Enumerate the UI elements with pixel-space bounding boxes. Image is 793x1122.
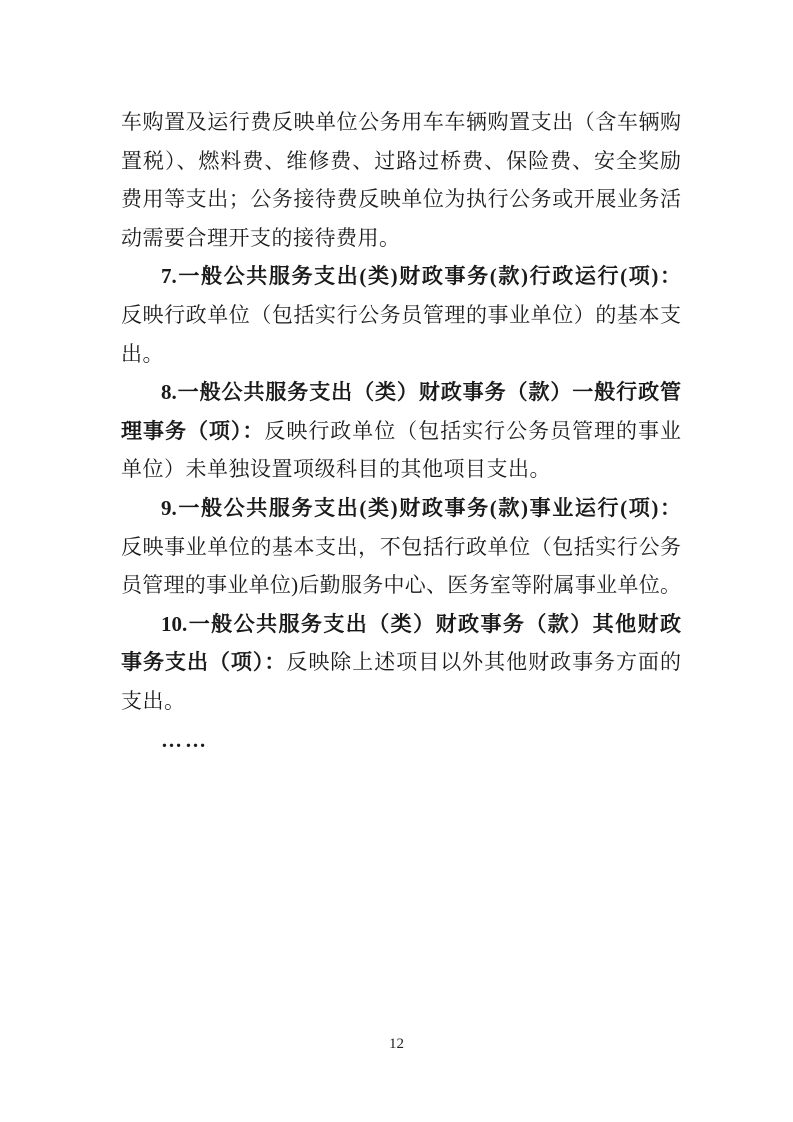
text-line: 单位）未单独设置项级科目的其他项目支出。 (121, 450, 681, 489)
text-segment: 员管理的事业单位)后勤服务中心、医务室等附属事业单位。 (121, 573, 681, 597)
text-segment: 反映事业单位的基本支出，不包括行政单位（包括实行公务 (121, 535, 681, 559)
bold-text-segment: …… (161, 728, 209, 752)
document-page: 车购置及运行费反映单位公务用车车辆购置支出（含车辆购置税）、燃料费、维修费、过路… (0, 0, 793, 1122)
bold-text-segment: 8.一般公共服务支出（类）财政事务（款）一般行政管 (161, 380, 681, 404)
ellipsis-line: …… (121, 721, 681, 760)
bold-text-segment: 7.一般公共服务支出(类)财政事务(款)行政运行(项)： (161, 264, 681, 288)
text-line: 9.一般公共服务支出(类)财政事务(款)事业运行(项)： (121, 489, 681, 528)
text-line: 费用等支出；公务接待费反映单位为执行公务或开展业务活 (121, 180, 681, 219)
text-line: 置税）、燃料费、维修费、过路过桥费、保险费、安全奖励 (121, 142, 681, 181)
bold-text-segment: 事务支出（项）： (121, 650, 286, 674)
text-segment: 动需要合理开支的接待费用。 (121, 226, 401, 250)
text-line: 反映事业单位的基本支出，不包括行政单位（包括实行公务 (121, 528, 681, 567)
text-segment: 反映除上述项目以外其他财政事务方面的 (286, 650, 681, 674)
document-body: 车购置及运行费反映单位公务用车车辆购置支出（含车辆购置税）、燃料费、维修费、过路… (121, 103, 681, 759)
text-segment: 费用等支出；公务接待费反映单位为执行公务或开展业务活 (121, 187, 681, 211)
bold-text-segment: 理事务（项）： (121, 419, 264, 443)
text-line: 员管理的事业单位)后勤服务中心、医务室等附属事业单位。 (121, 566, 681, 605)
text-segment: 车购置及运行费反映单位公务用车车辆购置支出（含车辆购 (121, 110, 681, 134)
text-line: 支出。 (121, 682, 681, 721)
text-line: 出。 (121, 335, 681, 374)
text-segment: 反映行政单位（包括实行公务员管理的事业 (264, 419, 681, 443)
text-line: 8.一般公共服务支出（类）财政事务（款）一般行政管 (121, 373, 681, 412)
text-segment: 出。 (121, 342, 164, 366)
page-number: 12 (0, 1034, 793, 1054)
text-line: 理事务（项）：反映行政单位（包括实行公务员管理的事业 (121, 412, 681, 451)
text-line: 反映行政单位（包括实行公务员管理的事业单位）的基本支 (121, 296, 681, 335)
text-line: 车购置及运行费反映单位公务用车车辆购置支出（含车辆购 (121, 103, 681, 142)
bold-text-segment: 9.一般公共服务支出(类)财政事务(款)事业运行(项)： (161, 496, 681, 520)
bold-text-segment: 10.一般公共服务支出（类）财政事务（款）其他财政 (161, 612, 681, 636)
text-line: 动需要合理开支的接待费用。 (121, 219, 681, 258)
text-segment: 支出。 (121, 689, 186, 713)
text-segment: 单位）未单独设置项级科目的其他项目支出。 (121, 457, 551, 481)
text-line: 事务支出（项）：反映除上述项目以外其他财政事务方面的 (121, 643, 681, 682)
text-line: 10.一般公共服务支出（类）财政事务（款）其他财政 (121, 605, 681, 644)
text-segment: 置税）、燃料费、维修费、过路过桥费、保险费、安全奖励 (121, 149, 681, 173)
text-segment: 反映行政单位（包括实行公务员管理的事业单位）的基本支 (121, 303, 681, 327)
text-line: 7.一般公共服务支出(类)财政事务(款)行政运行(项)： (121, 257, 681, 296)
